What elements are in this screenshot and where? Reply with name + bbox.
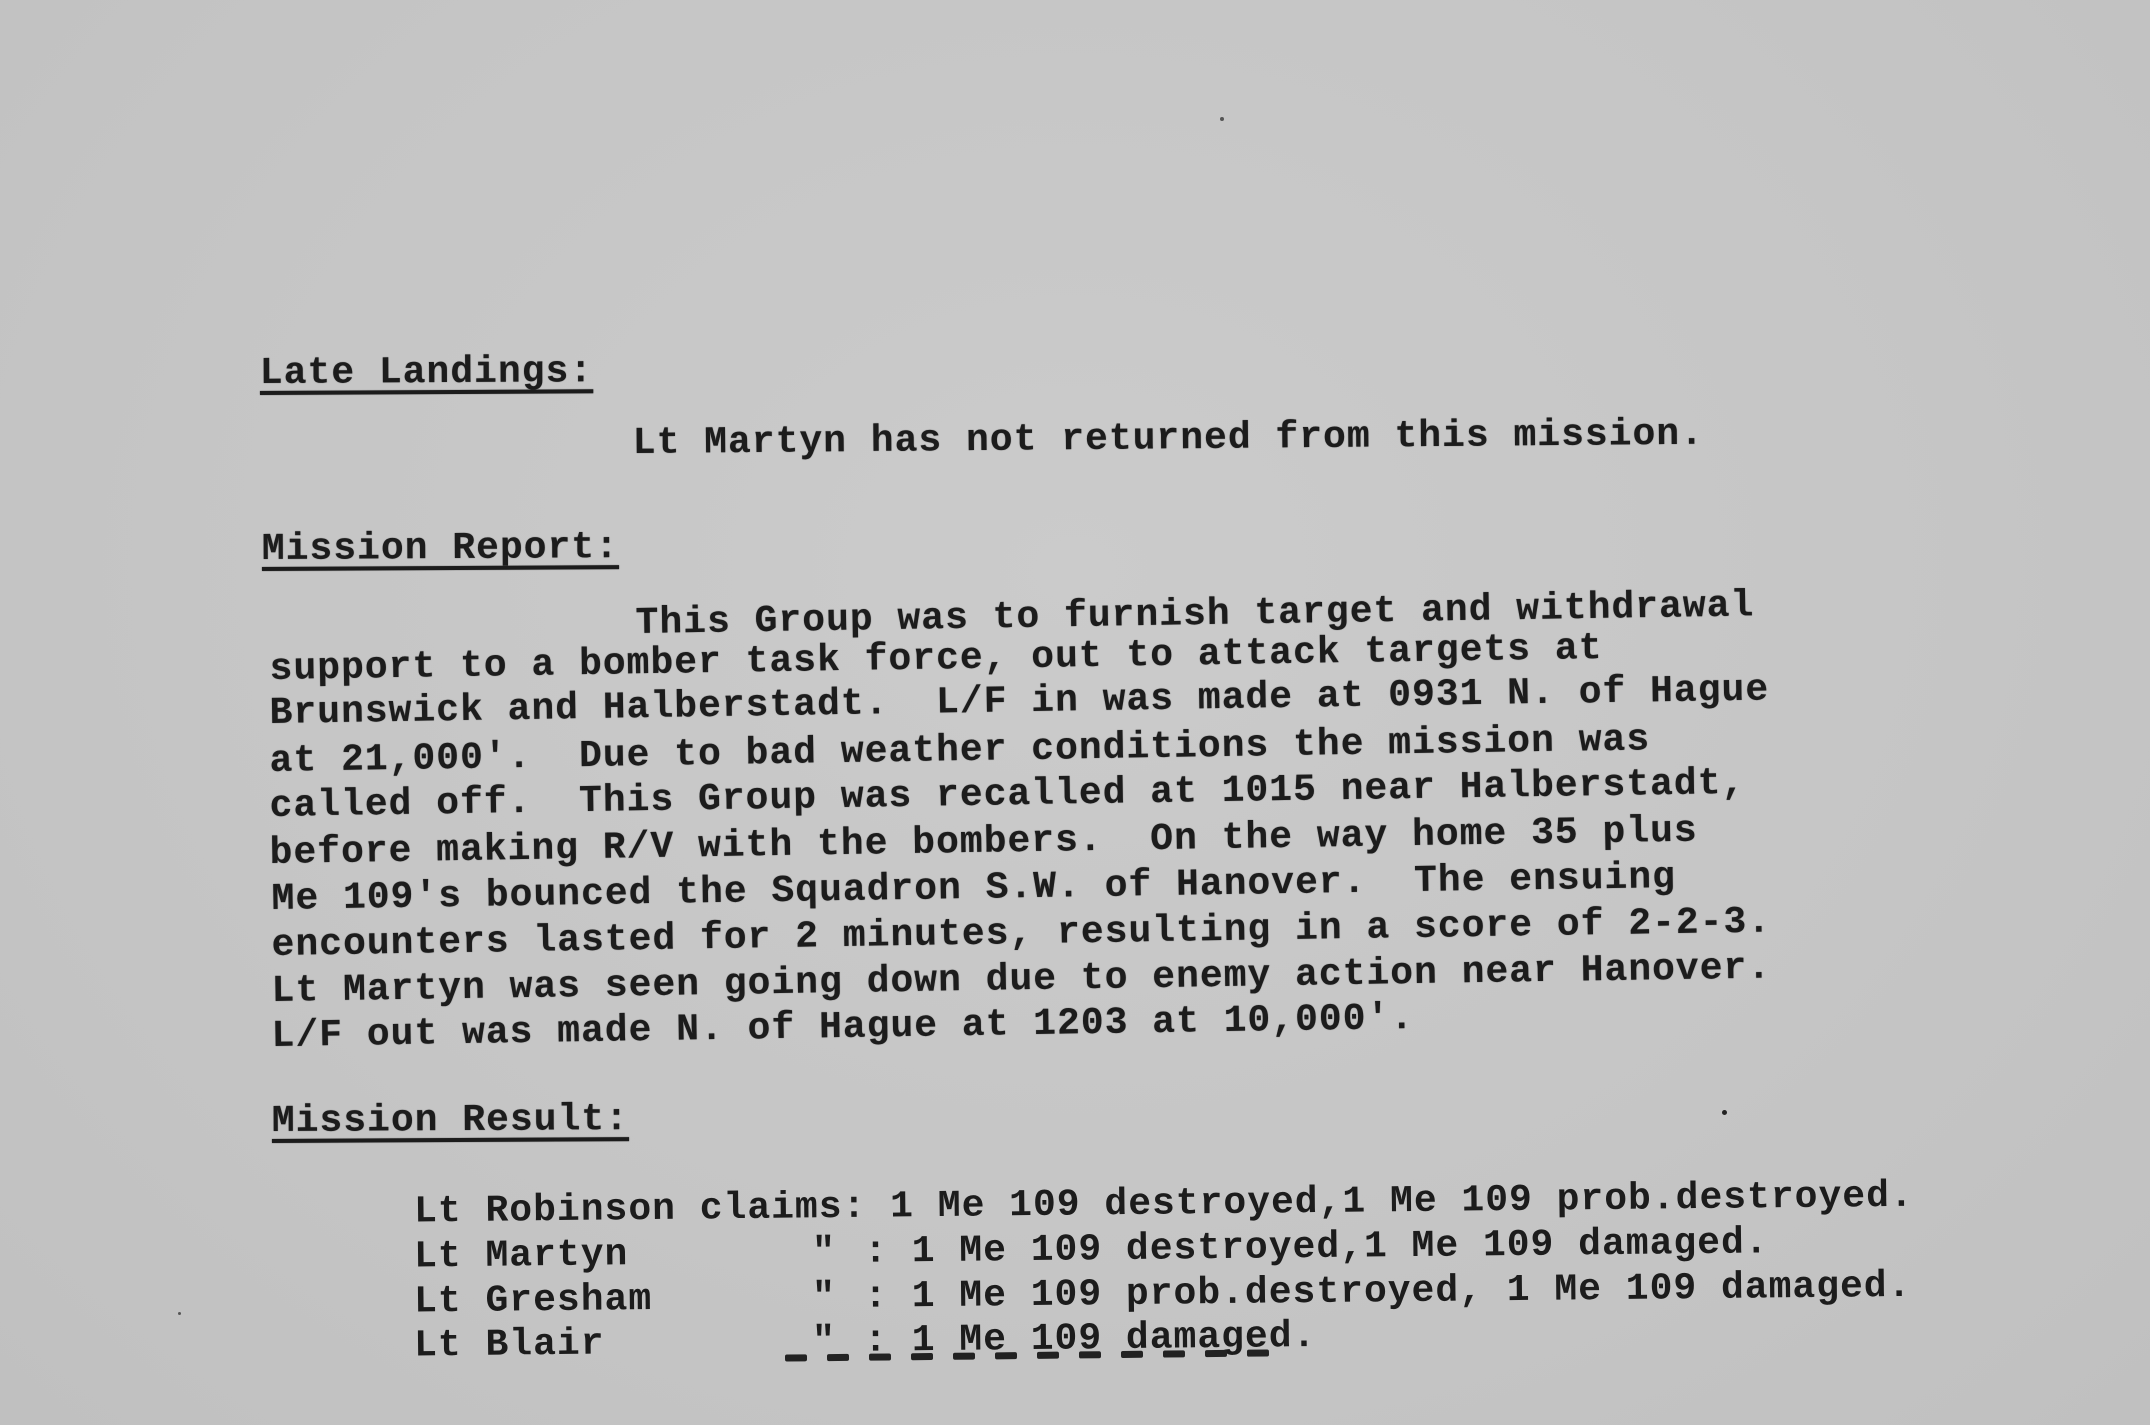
- dash-mark: [1037, 1352, 1059, 1359]
- dash-mark: [1121, 1351, 1143, 1358]
- mission-result-heading: Mission Result:: [272, 1098, 629, 1144]
- dash-mark: [869, 1353, 891, 1360]
- paper-speck: [1722, 1110, 1727, 1115]
- late-landings-text: Lt Martyn has not returned from this mis…: [633, 413, 1705, 466]
- dash-mark: [1205, 1350, 1227, 1357]
- document-page: Late Landings: Lt Martyn has not returne…: [0, 0, 2150, 1425]
- dash-mark: [1247, 1349, 1269, 1356]
- dash-mark: [827, 1354, 849, 1361]
- dash-mark: [995, 1352, 1017, 1359]
- paper-speck: [1220, 117, 1224, 121]
- late-landings-heading: Late Landings:: [260, 350, 593, 396]
- paper-speck: [178, 1312, 181, 1315]
- dash-mark: [785, 1354, 807, 1361]
- pilot-name: Lt Blair: [414, 1321, 784, 1369]
- dash-mark: [1163, 1350, 1185, 1357]
- dash-mark: [911, 1353, 933, 1360]
- dash-mark: [1079, 1351, 1101, 1358]
- dash-mark: [953, 1353, 975, 1360]
- claim-row: Lt Blair": 1 Me 109 damaged.: [271, 1271, 1317, 1414]
- mission-report-heading: Mission Report:: [262, 526, 619, 572]
